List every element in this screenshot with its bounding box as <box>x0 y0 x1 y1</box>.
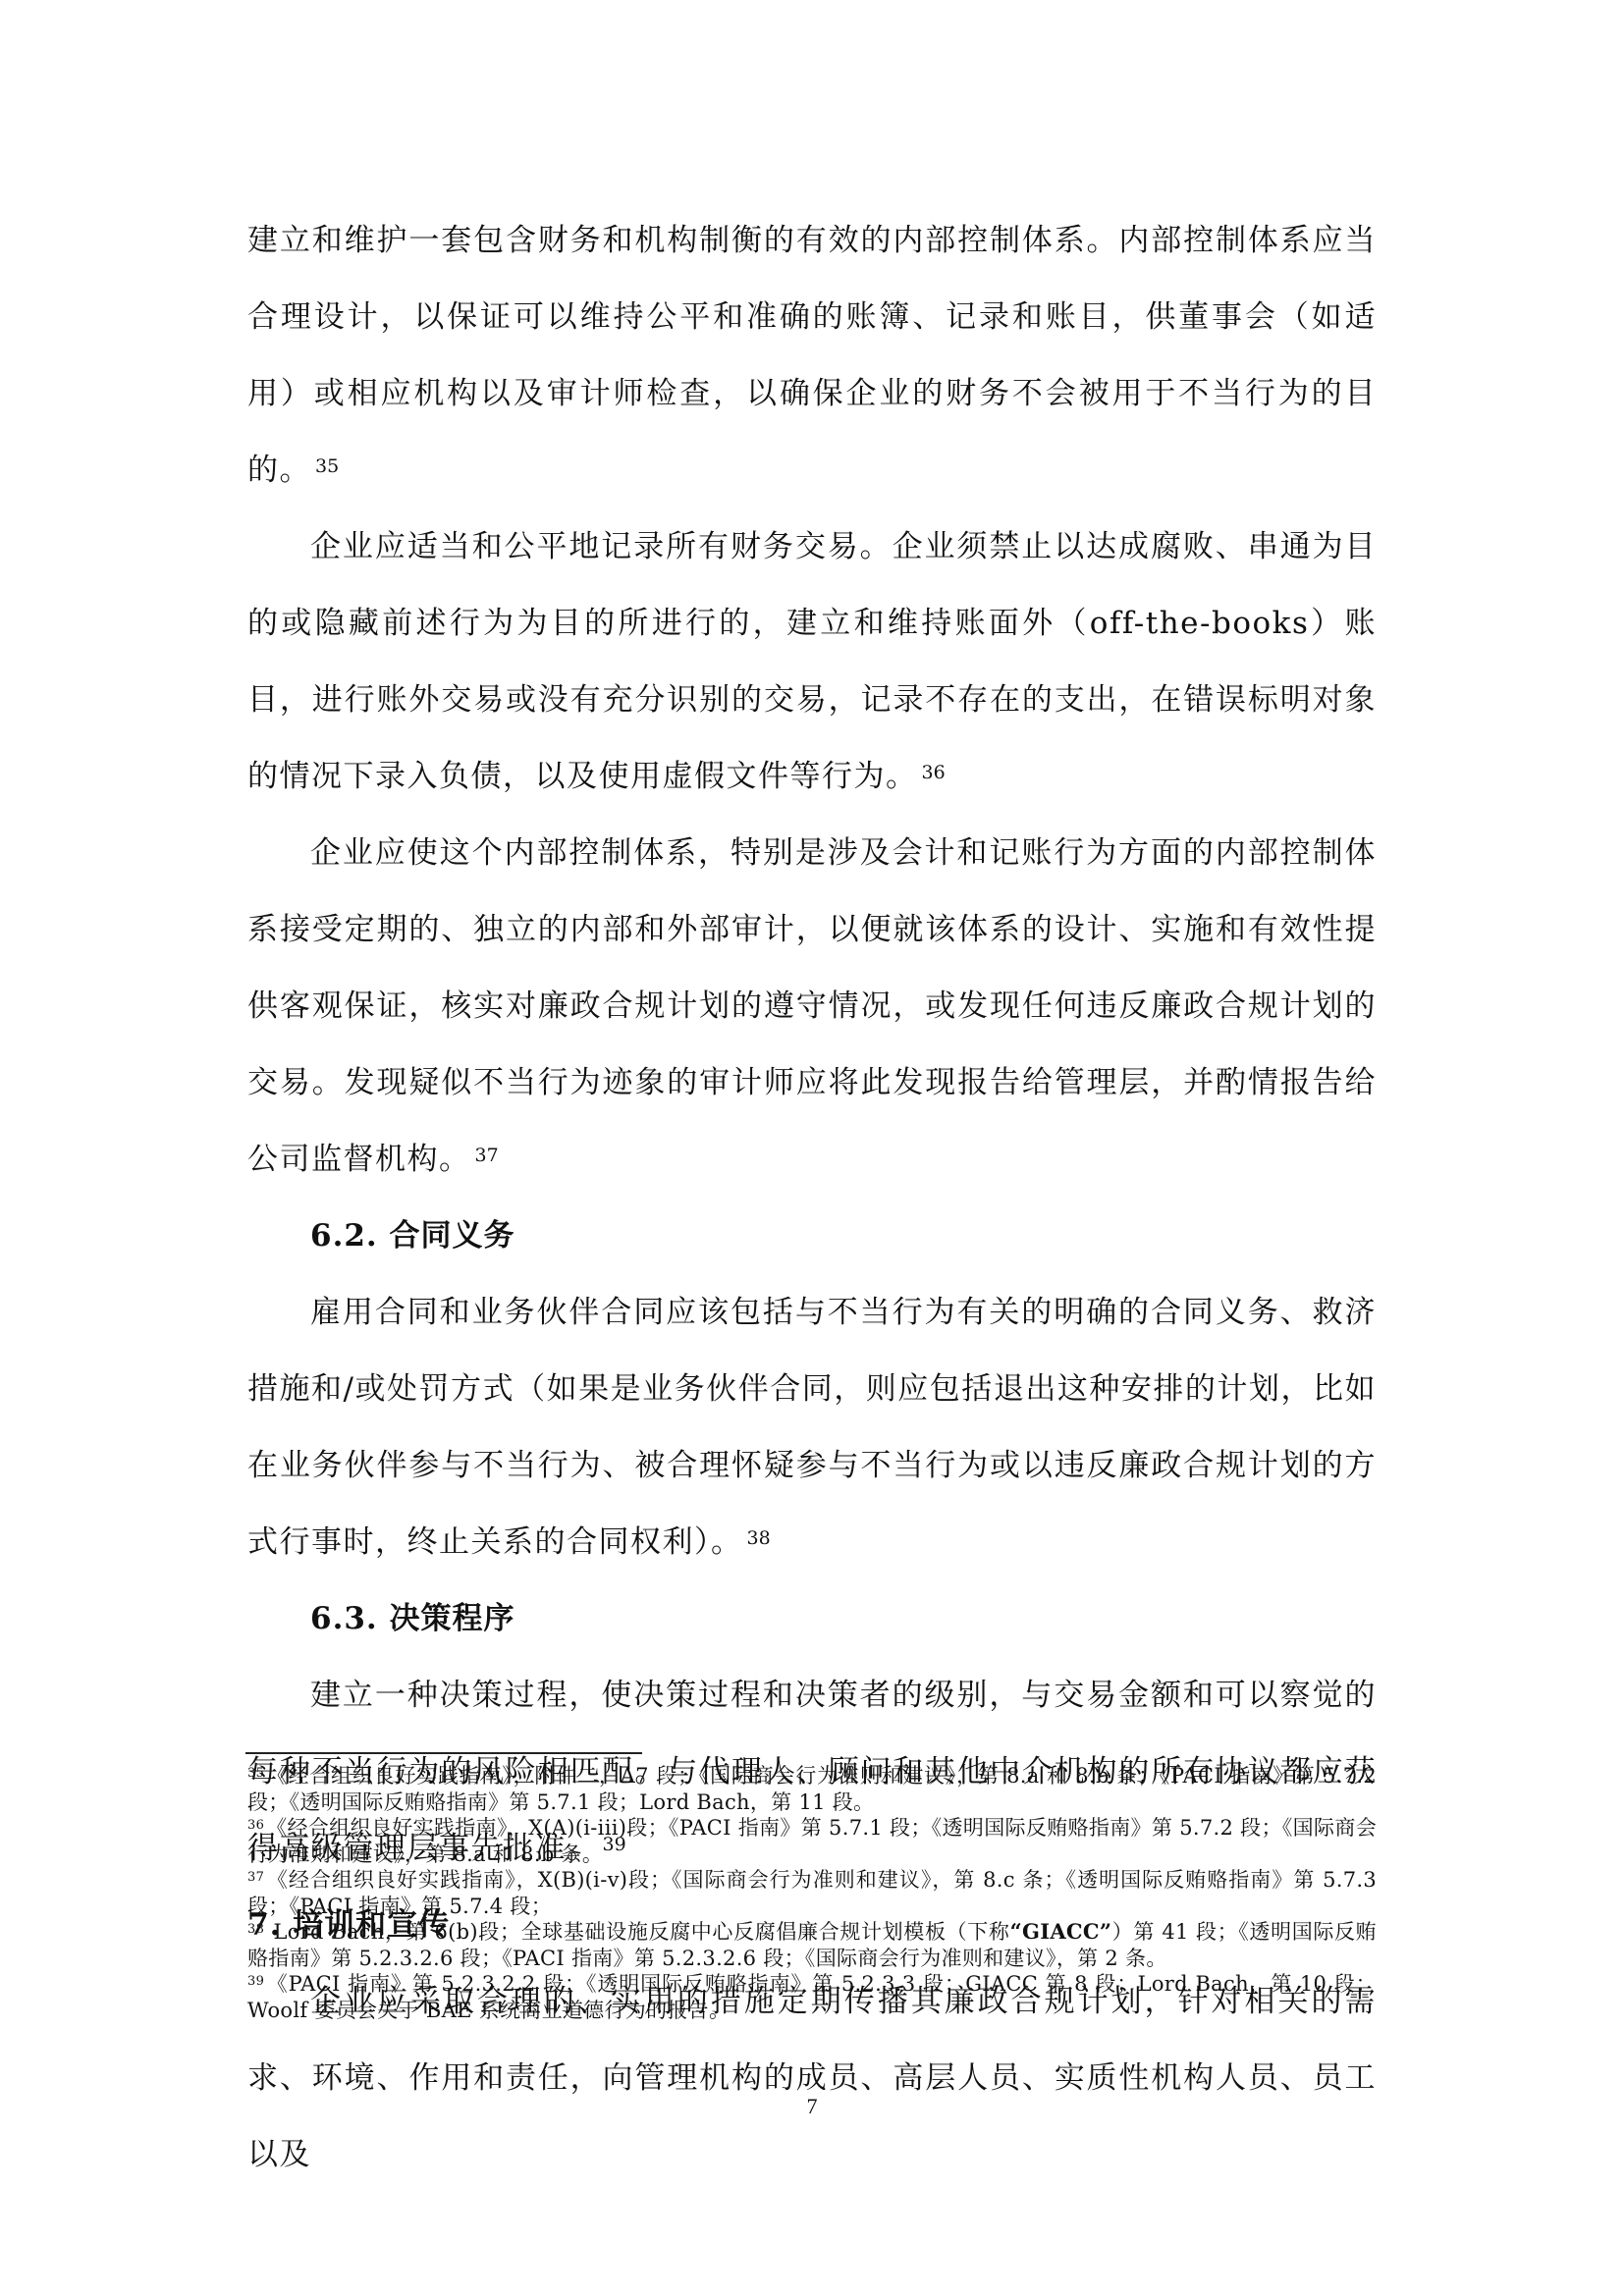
paragraph-financial-records: 企业应适当和公平地记录所有财务交易。企业须禁止以达成腐败、串通为目的或隐藏前述行… <box>247 508 1377 815</box>
footnote-39: 39《PACI 指南》第 5.2.3.2.2 段；《透明国际反贿赂指南》第 5.… <box>247 1971 1377 2023</box>
section-heading-6-3: 6.3. 决策程序 <box>247 1580 1377 1657</box>
footnote-37: 37《经合组织良好实践指南》，X(B)(i-v)段；《国际商会行为准则和建议》，… <box>247 1867 1377 1919</box>
section-heading-6-2: 6.2. 合同义务 <box>247 1198 1377 1274</box>
footnote-ref-38[interactable]: 38 <box>747 1527 771 1549</box>
paragraph-contractual-obligations: 雇用合同和业务伙伴合同应该包括与不当行为有关的明确的合同义务、救济措施和/或处罚… <box>247 1274 1377 1580</box>
footnote-separator <box>245 1752 642 1754</box>
page-number: 7 <box>0 2094 1624 2119</box>
footnote-35: 35《经合组织良好实践指南》，附件二，A7 段；《国际商会行为准则和建议》，第 … <box>247 1763 1377 1815</box>
footnote-ref-37[interactable]: 37 <box>475 1145 499 1166</box>
footnote-ref-36[interactable]: 36 <box>922 762 946 783</box>
footnote-ref-35[interactable]: 35 <box>315 455 339 477</box>
paragraph-internal-control: 建立和维护一套包含财务和机构制衡的有效的内部控制体系。内部控制体系应当合理设计，… <box>247 202 1377 508</box>
footnote-36: 36《经合组织良好实践指南》，X(A)(i-iii)段；《PACI 指南》第 5… <box>247 1815 1377 1867</box>
document-page: 建立和维护一套包含财务和机构制衡的有效的内部控制体系。内部控制体系应当合理设计，… <box>0 0 1624 2296</box>
paragraph-audit: 企业应使这个内部控制体系，特别是涉及会计和记账行为方面的内部控制体系接受定期的、… <box>247 815 1377 1198</box>
footnotes: 35《经合组织良好实践指南》，附件二，A7 段；《国际商会行为准则和建议》，第 … <box>247 1763 1377 2023</box>
footnote-38: 38 Lord Bach，第 6(b)段；全球基础设施反腐中心反腐倡廉合规计划模… <box>247 1919 1377 1971</box>
